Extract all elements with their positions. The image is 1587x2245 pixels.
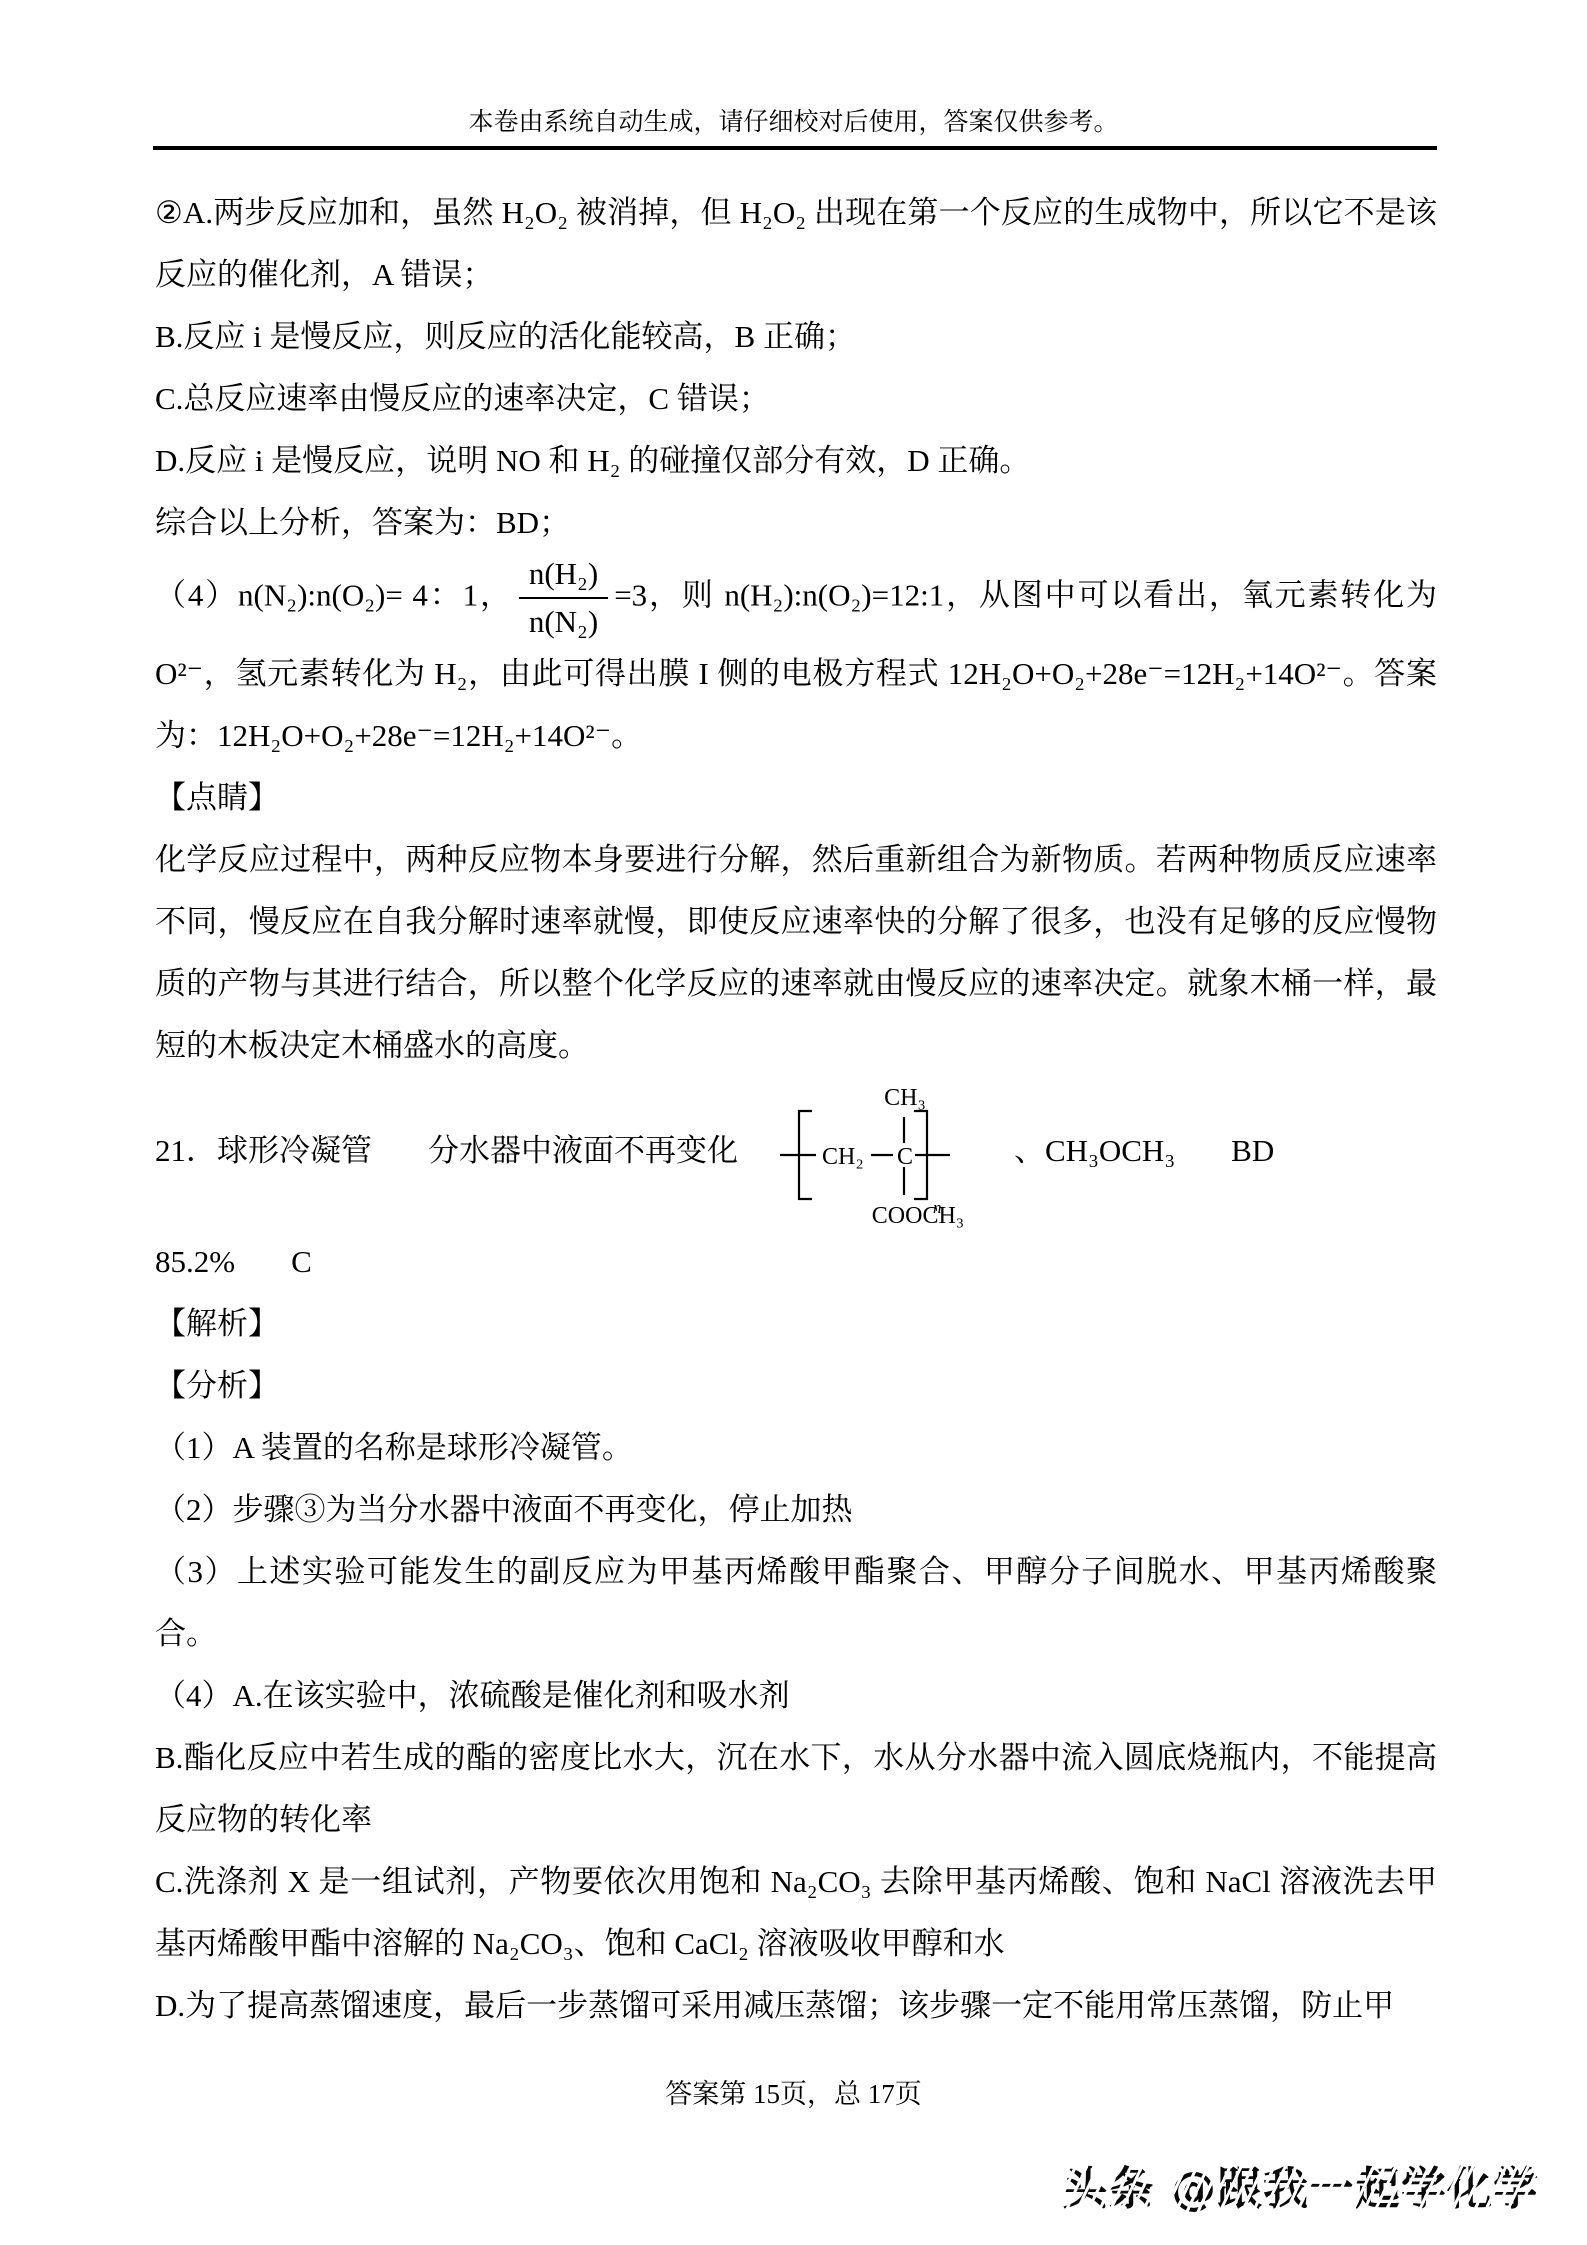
q21-letter: C xyxy=(291,1244,312,1279)
document-page: 本卷由系统自动生成，请仔细校对后使用，答案仅供参考。 ②A.两步反应加和，虽然 … xyxy=(0,0,1587,2245)
q21-answer2: 分水器中液面不再变化 xyxy=(428,1133,738,1168)
q21-number-answer1: 21．球形冷凝管 xyxy=(155,1133,372,1168)
equation-prefix: （4）n(N₂):n(O₂)= 4：1， xyxy=(155,577,513,612)
polymer-structure-diagram: CH₂ C CH₃ COOCH₃ n xyxy=(778,1077,990,1231)
fraction-numerator: n(H₂) xyxy=(519,554,608,599)
q21-answer3: 、CH₃OCH₃ xyxy=(1014,1133,1175,1168)
q21-percent: 85.2% xyxy=(155,1244,235,1279)
paragraph-analysis-4b: B.酯化反应中若生成的酯的密度比水大，沉在水下，水从分水器中流入圆底烧瓶内，不能… xyxy=(155,1727,1437,1851)
heading-dianjing: 【点睛】 xyxy=(155,767,1437,829)
paragraph-analysis-4c: C.洗涤剂 X 是一组试剂，产物要依次用饱和 Na₂CO₃ 去除甲基丙烯酸、饱和… xyxy=(155,1851,1437,1975)
cooch3-label: COOCH₃ xyxy=(872,1203,964,1229)
paragraph-part4-equation: （4）n(N₂):n(O₂)= 4：1，n(H₂)n(N₂)=3，则 n(H₂)… xyxy=(155,554,1437,767)
paragraph-option-c: C.总反应速率由慢反应的速率决定，C 错误； xyxy=(155,368,1437,430)
paragraph-analysis-4a: （4）A.在该实验中，浓硫酸是催化剂和吸水剂 xyxy=(155,1665,1437,1727)
paragraph-analysis-3: （3）上述实验可能发生的副反应为甲基丙烯酸甲酯聚合、甲醇分子间脱水、甲基丙烯酸聚… xyxy=(155,1541,1437,1665)
heading-jiexi: 【解析】 xyxy=(155,1293,1437,1355)
fraction-denominator: n(N₂) xyxy=(519,599,608,642)
header-notice: 本卷由系统自动生成，请仔细校对后使用，答案仅供参考。 xyxy=(0,0,1587,138)
carbon-label: C xyxy=(897,1144,913,1170)
paragraph-q21-answers-2: 85.2%C xyxy=(155,1231,1437,1293)
paragraph-option-a: ②A.两步反应加和，虽然 H₂O₂ 被消掉，但 H₂O₂ 出现在第一个反应的生成… xyxy=(155,182,1437,306)
paragraph-option-b: B.反应 i 是慢反应，则反应的活化能较高，B 正确； xyxy=(155,306,1437,368)
ch3-label: CH₃ xyxy=(884,1085,926,1111)
paragraph-analysis-2: （2）步骤③为当分水器中液面不再变化，停止加热 xyxy=(155,1479,1437,1541)
paragraph-dianjing-text: 化学反应过程中，两种反应物本身要进行分解，然后重新组合为新物质。若两种物质反应速… xyxy=(155,829,1437,1077)
q21-answer4: BD xyxy=(1231,1133,1274,1168)
fraction: n(H₂)n(N₂) xyxy=(519,554,608,643)
paragraph-q21-answers: 21．球形冷凝管分水器中液面不再变化 CH₂ C CH₃ COOCH₃ n 、C… xyxy=(155,1077,1437,1231)
repeat-subscript-n: n xyxy=(933,1198,942,1217)
header-rule xyxy=(153,146,1437,150)
watermark-text: 头条 @跟我一起学化学 xyxy=(1062,2152,1539,2217)
ch2-label: CH₂ xyxy=(822,1144,864,1170)
paragraph-option-d: D.反应 i 是慢反应，说明 NO 和 H₂ 的碰撞仅部分有效，D 正确。 xyxy=(155,430,1437,492)
paragraph-analysis-4d: D.为了提高蒸馏速度，最后一步蒸馏可采用减压蒸馏；该步骤一定不能用常压蒸馏，防止… xyxy=(155,1975,1437,2037)
answer-content: ②A.两步反应加和，虽然 H₂O₂ 被消掉，但 H₂O₂ 出现在第一个反应的生成… xyxy=(155,182,1437,2037)
paragraph-analysis-1: （1）A 装置的名称是球形冷凝管。 xyxy=(155,1417,1437,1479)
heading-fenxi: 【分析】 xyxy=(155,1355,1437,1417)
paragraph-conclusion: 综合以上分析，答案为：BD； xyxy=(155,492,1437,554)
page-number-footer: 答案第 15页，总 17页 xyxy=(0,2072,1587,2111)
